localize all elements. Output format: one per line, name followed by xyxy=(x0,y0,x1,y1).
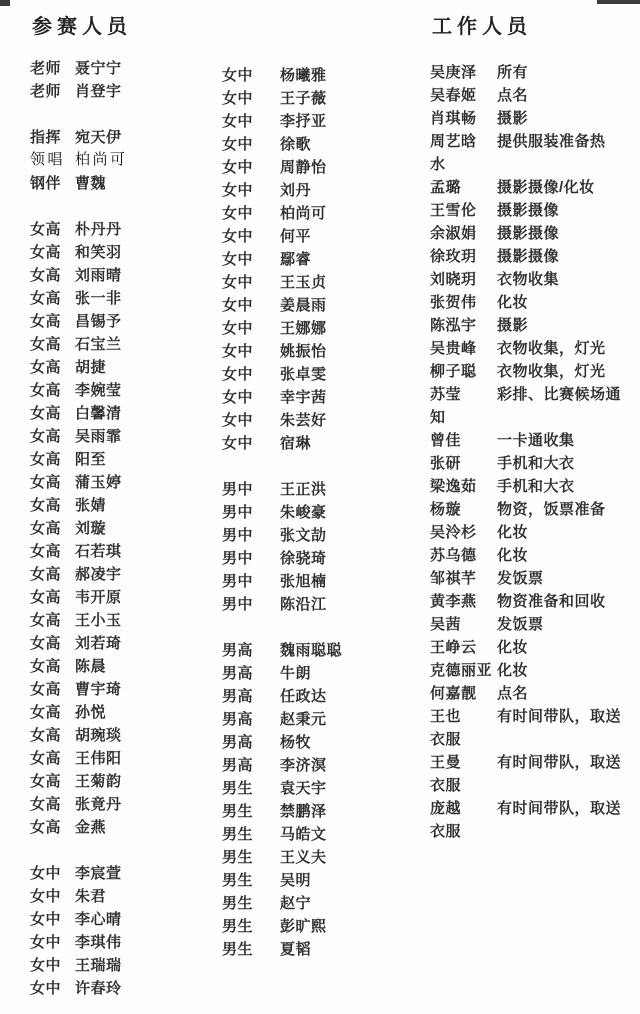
participant-name: 陈晨 xyxy=(75,655,106,678)
participant-row: 男生马皓文 xyxy=(222,823,418,846)
participant-name: 夏韬 xyxy=(280,938,311,961)
participant-name: 石宝兰 xyxy=(75,333,122,356)
participant-name: 宿琳 xyxy=(280,432,311,455)
voice-part-label: 男生 xyxy=(222,800,280,823)
voice-part-label: 男高 xyxy=(222,754,280,777)
voice-part-label: 女高 xyxy=(30,402,75,425)
participant-name: 曹宇琦 xyxy=(75,678,122,701)
staff-name: 苏莹 xyxy=(430,383,497,406)
staff-duty: 有时间带队，取送 xyxy=(497,800,621,817)
staff-row: 余淑娟摄影摄像 xyxy=(430,222,622,245)
participant-row: 女高蒲玉婷 xyxy=(30,471,216,494)
voice-part-label: 女中 xyxy=(222,386,280,409)
participant-row: 女高和笑羽 xyxy=(30,241,216,264)
participant-row: 女中许春玲 xyxy=(30,977,216,1000)
participant-row: 女高陈晨 xyxy=(30,655,216,678)
staff-duty: 化妆 xyxy=(497,639,528,656)
participants-column-1: 老师聂宁宁老师肖登宇指挥宛天伊领唱柏尚可钢伴曹魏女高朴丹丹女高和笑羽女高刘雨晴女… xyxy=(30,57,216,1000)
staff-row: 黄李燕物资准备和回收 xyxy=(430,590,622,613)
participant-row: 女中李宸萱 xyxy=(30,862,216,885)
staff-duty: 化妆 xyxy=(497,294,528,311)
voice-part-label: 女中 xyxy=(30,908,75,931)
staff-duty: 化妆 xyxy=(497,547,528,564)
participant-row: 男高魏雨聪聪 xyxy=(222,639,418,662)
staff-name: 王也 xyxy=(430,705,497,728)
participant-row: 男高任政达 xyxy=(222,685,418,708)
voice-part-label: 男中 xyxy=(222,593,280,616)
participant-name: 陈沿江 xyxy=(280,593,327,616)
staff-duty: 摄影摄像 xyxy=(497,248,559,265)
participant-row: 女高刘雨晴 xyxy=(30,264,216,287)
participant-row: 女高刘若琦 xyxy=(30,632,216,655)
participant-name: 李琪伟 xyxy=(75,931,122,954)
staff-name: 吴春姬 xyxy=(430,84,497,107)
participant-name: 吴明 xyxy=(280,869,311,892)
participant-row: 女高曹宇琦 xyxy=(30,678,216,701)
participants-column-2: 女中杨曦雅女中王子薇女中李抒亚女中徐歌女中周静怡女中刘丹女中柏尚可女中何平女中鄢… xyxy=(222,64,418,961)
staff-row: 王曼有时间带队，取送衣服 xyxy=(430,751,622,797)
voice-part-label: 女高 xyxy=(30,816,75,839)
staff-duty: 衣物收集，灯光 xyxy=(497,363,606,380)
participant-name: 孙悦 xyxy=(75,701,106,724)
staff-duty: 摄影 xyxy=(497,317,528,334)
participant-row: 指挥宛天伊 xyxy=(30,126,216,149)
participant-name: 赵秉元 xyxy=(280,708,327,731)
voice-part-label: 男中 xyxy=(222,570,280,593)
participant-row: 女中朱芸好 xyxy=(222,409,418,432)
staff-name: 杨璇 xyxy=(430,498,497,521)
staff-duty: 物资，饭票准备 xyxy=(497,501,606,518)
voice-part-label: 女高 xyxy=(30,609,75,632)
staff-duty-continuation: 衣服 xyxy=(430,728,622,751)
participant-row: 男生夏韬 xyxy=(222,938,418,961)
participant-row: 男生彭旷熙 xyxy=(222,915,418,938)
voice-part-label: 女高 xyxy=(30,287,75,310)
participant-name: 石若琪 xyxy=(75,540,122,563)
participant-name: 郝凌宇 xyxy=(75,563,122,586)
voice-part-label: 男高 xyxy=(222,639,280,662)
participant-name: 李心晴 xyxy=(75,908,122,931)
participant-row: 女中鄢睿 xyxy=(222,248,418,271)
participant-row: 老师聂宁宁 xyxy=(30,57,216,80)
participant-name: 吴雨霏 xyxy=(75,425,122,448)
staff-name: 王峥云 xyxy=(430,636,497,659)
participant-row: 男生赵宁 xyxy=(222,892,418,915)
participant-row: 女高阳至 xyxy=(30,448,216,471)
participant-row: 女中朱君 xyxy=(30,885,216,908)
voice-part-label: 钢伴 xyxy=(30,172,75,195)
voice-part-label: 男生 xyxy=(222,915,280,938)
participant-row: 男中张文劼 xyxy=(222,524,418,547)
participant-row: 男中徐骁琦 xyxy=(222,547,418,570)
scan-artifact-top-right xyxy=(597,0,640,4)
staff-duty: 摄影摄像/化妆 xyxy=(497,179,595,196)
staff-row: 吴泠杉化妆 xyxy=(430,521,622,544)
voice-part-label: 老师 xyxy=(30,57,75,80)
participant-row: 女中王娜娜 xyxy=(222,317,418,340)
roster-group: 女中杨曦雅女中王子薇女中李抒亚女中徐歌女中周静怡女中刘丹女中柏尚可女中何平女中鄢… xyxy=(222,64,418,455)
participant-name: 杨曦雅 xyxy=(280,64,327,87)
voice-part-label: 女中 xyxy=(30,977,75,1000)
voice-part-label: 女高 xyxy=(30,724,75,747)
participant-row: 男中朱峻豪 xyxy=(222,501,418,524)
staff-name: 柳子聪 xyxy=(430,360,497,383)
participant-name: 许春玲 xyxy=(75,977,122,1000)
participant-name: 柏尚可 xyxy=(75,149,128,172)
participant-row: 男生袁天宇 xyxy=(222,777,418,800)
voice-part-label: 女中 xyxy=(222,202,280,225)
participant-name: 李宸萱 xyxy=(75,862,122,885)
staff-name: 苏乌德 xyxy=(430,544,497,567)
participant-name: 李婉莹 xyxy=(75,379,122,402)
staff-duty: 发饭票 xyxy=(497,616,544,633)
staff-row: 孟璐摄影摄像/化妆 xyxy=(430,176,622,199)
staff-duty-continuation: 衣服 xyxy=(430,820,622,843)
staff-header: 工作人员 xyxy=(432,10,532,39)
staff-name: 余淑娟 xyxy=(430,222,497,245)
voice-part-label: 女高 xyxy=(30,655,75,678)
staff-row: 何嘉靓点名 xyxy=(430,682,622,705)
participant-row: 男中张旭楠 xyxy=(222,570,418,593)
participant-name: 朴丹丹 xyxy=(75,218,122,241)
voice-part-label: 女中 xyxy=(222,340,280,363)
voice-part-label: 男中 xyxy=(222,501,280,524)
voice-part-label: 女中 xyxy=(222,110,280,133)
staff-name: 肖琪畅 xyxy=(430,107,497,130)
staff-duty: 提供服装准备热 xyxy=(497,133,606,150)
roster-group: 老师聂宁宁老师肖登宇 xyxy=(30,57,216,103)
participant-row: 女高石若琪 xyxy=(30,540,216,563)
participant-name: 肖登宇 xyxy=(75,80,122,103)
participant-name: 聂宁宁 xyxy=(75,57,122,80)
participant-row: 女中杨曦雅 xyxy=(222,64,418,87)
participant-name: 刘璇 xyxy=(75,517,106,540)
participant-row: 女高朴丹丹 xyxy=(30,218,216,241)
participant-name: 宛天伊 xyxy=(75,126,122,149)
participant-name: 张婧 xyxy=(75,494,106,517)
participant-name: 朱君 xyxy=(75,885,106,908)
staff-row: 王雪伦摄影摄像 xyxy=(430,199,622,222)
participant-name: 魏雨聪聪 xyxy=(280,639,342,662)
participant-name: 阳至 xyxy=(75,448,106,471)
participant-name: 幸宇茜 xyxy=(280,386,327,409)
participant-row: 男中陈沿江 xyxy=(222,593,418,616)
voice-part-label: 男生 xyxy=(222,869,280,892)
voice-part-label: 男生 xyxy=(222,846,280,869)
participant-row: 女中王玉贞 xyxy=(222,271,418,294)
staff-row: 王也有时间带队，取送衣服 xyxy=(430,705,622,751)
voice-part-label: 女高 xyxy=(30,678,75,701)
staff-row: 肖琪畅摄影 xyxy=(430,107,622,130)
staff-name: 庞越 xyxy=(430,797,497,820)
participant-row: 女高张竟丹 xyxy=(30,793,216,816)
participant-row: 女中王瑞瑞 xyxy=(30,954,216,977)
voice-part-label: 女高 xyxy=(30,701,75,724)
voice-part-label: 女高 xyxy=(30,770,75,793)
participant-name: 马皓文 xyxy=(280,823,327,846)
voice-part-label: 女高 xyxy=(30,310,75,333)
staff-duty: 有时间带队，取送 xyxy=(497,708,621,725)
voice-part-label: 女中 xyxy=(222,294,280,317)
staff-duty: 衣物收集，灯光 xyxy=(497,340,606,357)
voice-part-label: 男中 xyxy=(222,547,280,570)
participant-name: 王娜娜 xyxy=(280,317,327,340)
staff-name: 曾佳 xyxy=(430,429,497,452)
participant-row: 女高金燕 xyxy=(30,816,216,839)
staff-name: 张贺伟 xyxy=(430,291,497,314)
participant-name: 胡琬琰 xyxy=(75,724,122,747)
voice-part-label: 女高 xyxy=(30,333,75,356)
participant-name: 王瑞瑞 xyxy=(75,954,122,977)
participant-name: 彭旷熙 xyxy=(280,915,327,938)
voice-part-label: 女高 xyxy=(30,632,75,655)
staff-row: 杨璇物资，饭票准备 xyxy=(430,498,622,521)
participant-row: 领唱柏尚可 xyxy=(30,149,216,172)
voice-part-label: 女高 xyxy=(30,379,75,402)
staff-duty: 点名 xyxy=(497,685,528,702)
participant-name: 张一非 xyxy=(75,287,122,310)
participant-row: 女高王小玉 xyxy=(30,609,216,632)
participant-name: 胡捷 xyxy=(75,356,106,379)
staff-row: 徐玫玥摄影摄像 xyxy=(430,245,622,268)
voice-part-label: 女中 xyxy=(222,432,280,455)
staff-name: 吴茜 xyxy=(430,613,497,636)
participant-row: 男生王义夫 xyxy=(222,846,418,869)
voice-part-label: 女高 xyxy=(30,264,75,287)
staff-name: 徐玫玥 xyxy=(430,245,497,268)
voice-part-label: 男生 xyxy=(222,777,280,800)
participant-name: 王正洪 xyxy=(280,478,327,501)
staff-name: 克德丽亚 xyxy=(430,659,497,682)
voice-part-label: 男高 xyxy=(222,685,280,708)
participant-row: 女中张卓雯 xyxy=(222,363,418,386)
roster-group: 指挥宛天伊领唱柏尚可钢伴曹魏 xyxy=(30,126,216,195)
staff-duty: 发饭票 xyxy=(497,570,544,587)
staff-row: 吴贵峰衣物收集，灯光 xyxy=(430,337,622,360)
voice-part-label: 女中 xyxy=(222,179,280,202)
staff-duty: 手机和大衣 xyxy=(497,478,575,495)
participant-row: 女中幸宇茜 xyxy=(222,386,418,409)
staff-duty: 衣物收集 xyxy=(497,271,559,288)
voice-part-label: 男高 xyxy=(222,708,280,731)
participant-row: 女高韦开原 xyxy=(30,586,216,609)
participant-name: 柏尚可 xyxy=(280,202,327,225)
participant-row: 女中姜晨雨 xyxy=(222,294,418,317)
staff-row: 吴茜发饭票 xyxy=(430,613,622,636)
staff-duty: 摄影摄像 xyxy=(497,202,559,219)
staff-row: 庞越有时间带队，取送衣服 xyxy=(430,797,622,843)
voice-part-label: 男中 xyxy=(222,478,280,501)
participant-row: 女中周静怡 xyxy=(222,156,418,179)
participant-name: 昌锡予 xyxy=(75,310,122,333)
staff-row: 梁逸茹手机和大衣 xyxy=(430,475,622,498)
voice-part-label: 女中 xyxy=(222,248,280,271)
staff-column: 吴庚泽所有吴春姬点名肖琪畅摄影周艺晗提供服装准备热水孟璐摄影摄像/化妆王雪伦摄影… xyxy=(430,61,622,843)
staff-name: 何嘉靓 xyxy=(430,682,497,705)
voice-part-label: 女中 xyxy=(222,64,280,87)
participant-name: 姚振怡 xyxy=(280,340,327,363)
participant-row: 女高胡琬琰 xyxy=(30,724,216,747)
staff-name: 张研 xyxy=(430,452,497,475)
staff-duty: 点名 xyxy=(497,87,528,104)
participant-name: 王伟阳 xyxy=(75,747,122,770)
participant-row: 女高吴雨霏 xyxy=(30,425,216,448)
participant-name: 白馨清 xyxy=(75,402,122,425)
participant-row: 老师肖登宇 xyxy=(30,80,216,103)
staff-row: 陈泓宇摄影 xyxy=(430,314,622,337)
voice-part-label: 女中 xyxy=(222,87,280,110)
staff-name: 陈泓宇 xyxy=(430,314,497,337)
voice-part-label: 男高 xyxy=(222,662,280,685)
staff-row: 邹祺芊发饭票 xyxy=(430,567,622,590)
voice-part-label: 女中 xyxy=(222,363,280,386)
participant-name: 袁天宇 xyxy=(280,777,327,800)
voice-part-label: 男高 xyxy=(222,731,280,754)
staff-duty-continuation: 衣服 xyxy=(430,774,622,797)
staff-duty: 有时间带队，取送 xyxy=(497,754,621,771)
participant-name: 杨牧 xyxy=(280,731,311,754)
participant-name: 曹魏 xyxy=(75,172,106,195)
staff-row: 克德丽亚化妆 xyxy=(430,659,622,682)
voice-part-label: 女高 xyxy=(30,356,75,379)
participant-name: 朱芸好 xyxy=(280,409,327,432)
voice-part-label: 女中 xyxy=(222,133,280,156)
voice-part-label: 女中 xyxy=(30,931,75,954)
voice-part-label: 女高 xyxy=(30,586,75,609)
participant-row: 女高石宝兰 xyxy=(30,333,216,356)
participant-name: 鄢睿 xyxy=(280,248,311,271)
voice-part-label: 女高 xyxy=(30,793,75,816)
staff-duty: 手机和大衣 xyxy=(497,455,575,472)
participant-name: 蒲玉婷 xyxy=(75,471,122,494)
participant-row: 女高张一非 xyxy=(30,287,216,310)
participant-row: 女中姚振怡 xyxy=(222,340,418,363)
participant-row: 女高白馨清 xyxy=(30,402,216,425)
participant-name: 刘若琦 xyxy=(75,632,122,655)
staff-name: 吴泠杉 xyxy=(430,521,497,544)
staff-row: 张研手机和大衣 xyxy=(430,452,622,475)
roster-group: 男高魏雨聪聪男高牛朗男高任政达男高赵秉元男高杨牧男高李济溟男生袁天宇男生禁鹏泽男… xyxy=(222,639,418,961)
staff-row: 刘晓玥衣物收集 xyxy=(430,268,622,291)
staff-duty: 物资准备和回收 xyxy=(497,593,606,610)
voice-part-label: 女高 xyxy=(30,425,75,448)
staff-name: 吴贵峰 xyxy=(430,337,497,360)
participant-name: 姜晨雨 xyxy=(280,294,327,317)
staff-duty: 摄影 xyxy=(497,110,528,127)
participant-name: 徐歌 xyxy=(280,133,311,156)
staff-row: 吴春姬点名 xyxy=(430,84,622,107)
scan-artifact-top-left xyxy=(0,0,10,6)
participant-row: 男高杨牧 xyxy=(222,731,418,754)
roster-group: 女高朴丹丹女高和笑羽女高刘雨晴女高张一非女高昌锡予女高石宝兰女高胡捷女高李婉莹女… xyxy=(30,218,216,839)
roster-group: 男中王正洪男中朱峻豪男中张文劼男中徐骁琦男中张旭楠男中陈沿江 xyxy=(222,478,418,616)
participant-row: 女高王菊韵 xyxy=(30,770,216,793)
staff-name: 王曼 xyxy=(430,751,497,774)
participant-row: 女中宿琳 xyxy=(222,432,418,455)
staff-duty: 化妆 xyxy=(497,524,528,541)
staff-name: 黄李燕 xyxy=(430,590,497,613)
participant-row: 女高孙悦 xyxy=(30,701,216,724)
staff-row: 王峥云化妆 xyxy=(430,636,622,659)
participant-row: 女中王子薇 xyxy=(222,87,418,110)
participant-name: 金燕 xyxy=(75,816,106,839)
participant-row: 钢伴曹魏 xyxy=(30,172,216,195)
participant-name: 张卓雯 xyxy=(280,363,327,386)
participant-row: 男高李济溟 xyxy=(222,754,418,777)
participant-name: 韦开原 xyxy=(75,586,122,609)
voice-part-label: 女高 xyxy=(30,448,75,471)
participant-name: 徐骁琦 xyxy=(280,547,327,570)
voice-part-label: 女中 xyxy=(222,271,280,294)
voice-part-label: 男生 xyxy=(222,823,280,846)
staff-name: 吴庚泽 xyxy=(430,61,497,84)
voice-part-label: 女高 xyxy=(30,471,75,494)
voice-part-label: 女中 xyxy=(30,954,75,977)
voice-part-label: 女中 xyxy=(222,156,280,179)
voice-part-label: 女中 xyxy=(30,862,75,885)
staff-row: 周艺晗提供服装准备热水 xyxy=(430,130,622,176)
participant-name: 王菊韵 xyxy=(75,770,122,793)
voice-part-label: 女高 xyxy=(30,241,75,264)
participant-name: 刘雨晴 xyxy=(75,264,122,287)
participant-name: 张文劼 xyxy=(280,524,327,547)
staff-duty: 彩排、比赛候场通 xyxy=(497,386,621,403)
participant-row: 女中李抒亚 xyxy=(222,110,418,133)
participant-name: 赵宁 xyxy=(280,892,311,915)
participant-row: 女高胡捷 xyxy=(30,356,216,379)
staff-duty: 摄影摄像 xyxy=(497,225,559,242)
staff-duty-continuation: 知 xyxy=(430,406,622,429)
voice-part-label: 男生 xyxy=(222,892,280,915)
participant-row: 男中王正洪 xyxy=(222,478,418,501)
staff-row: 吴庚泽所有 xyxy=(430,61,622,84)
participant-name: 和笑羽 xyxy=(75,241,122,264)
voice-part-label: 女中 xyxy=(30,885,75,908)
roster-group: 女中李宸萱女中朱君女中李心晴女中李琪伟女中王瑞瑞女中许春玲 xyxy=(30,862,216,1000)
voice-part-label: 领唱 xyxy=(30,149,75,172)
participant-row: 女中刘丹 xyxy=(222,179,418,202)
voice-part-label: 老师 xyxy=(30,80,75,103)
staff-name: 刘晓玥 xyxy=(430,268,497,291)
participant-row: 女中何平 xyxy=(222,225,418,248)
staff-duty-continuation: 水 xyxy=(430,153,622,176)
voice-part-label: 女中 xyxy=(222,409,280,432)
participant-row: 女高郝凌宇 xyxy=(30,563,216,586)
participant-row: 女中柏尚可 xyxy=(222,202,418,225)
participant-row: 女中李心晴 xyxy=(30,908,216,931)
participant-row: 男生禁鹏泽 xyxy=(222,800,418,823)
staff-name: 梁逸茹 xyxy=(430,475,497,498)
participant-name: 李抒亚 xyxy=(280,110,327,133)
participant-row: 女高王伟阳 xyxy=(30,747,216,770)
participant-name: 周静怡 xyxy=(280,156,327,179)
voice-part-label: 女高 xyxy=(30,747,75,770)
voice-part-label: 女高 xyxy=(30,540,75,563)
voice-part-label: 女高 xyxy=(30,517,75,540)
staff-row: 柳子聪衣物收集，灯光 xyxy=(430,360,622,383)
voice-part-label: 女中 xyxy=(222,317,280,340)
participant-name: 张竟丹 xyxy=(75,793,122,816)
voice-part-label: 指挥 xyxy=(30,126,75,149)
participant-name: 何平 xyxy=(280,225,311,248)
staff-duty: 所有 xyxy=(497,64,528,81)
voice-part-label: 女高 xyxy=(30,218,75,241)
staff-row: 张贺伟化妆 xyxy=(430,291,622,314)
participant-name: 刘丹 xyxy=(280,179,311,202)
participant-row: 男高赵秉元 xyxy=(222,708,418,731)
staff-row: 苏莹彩排、比赛候场通知 xyxy=(430,383,622,429)
voice-part-label: 男中 xyxy=(222,524,280,547)
